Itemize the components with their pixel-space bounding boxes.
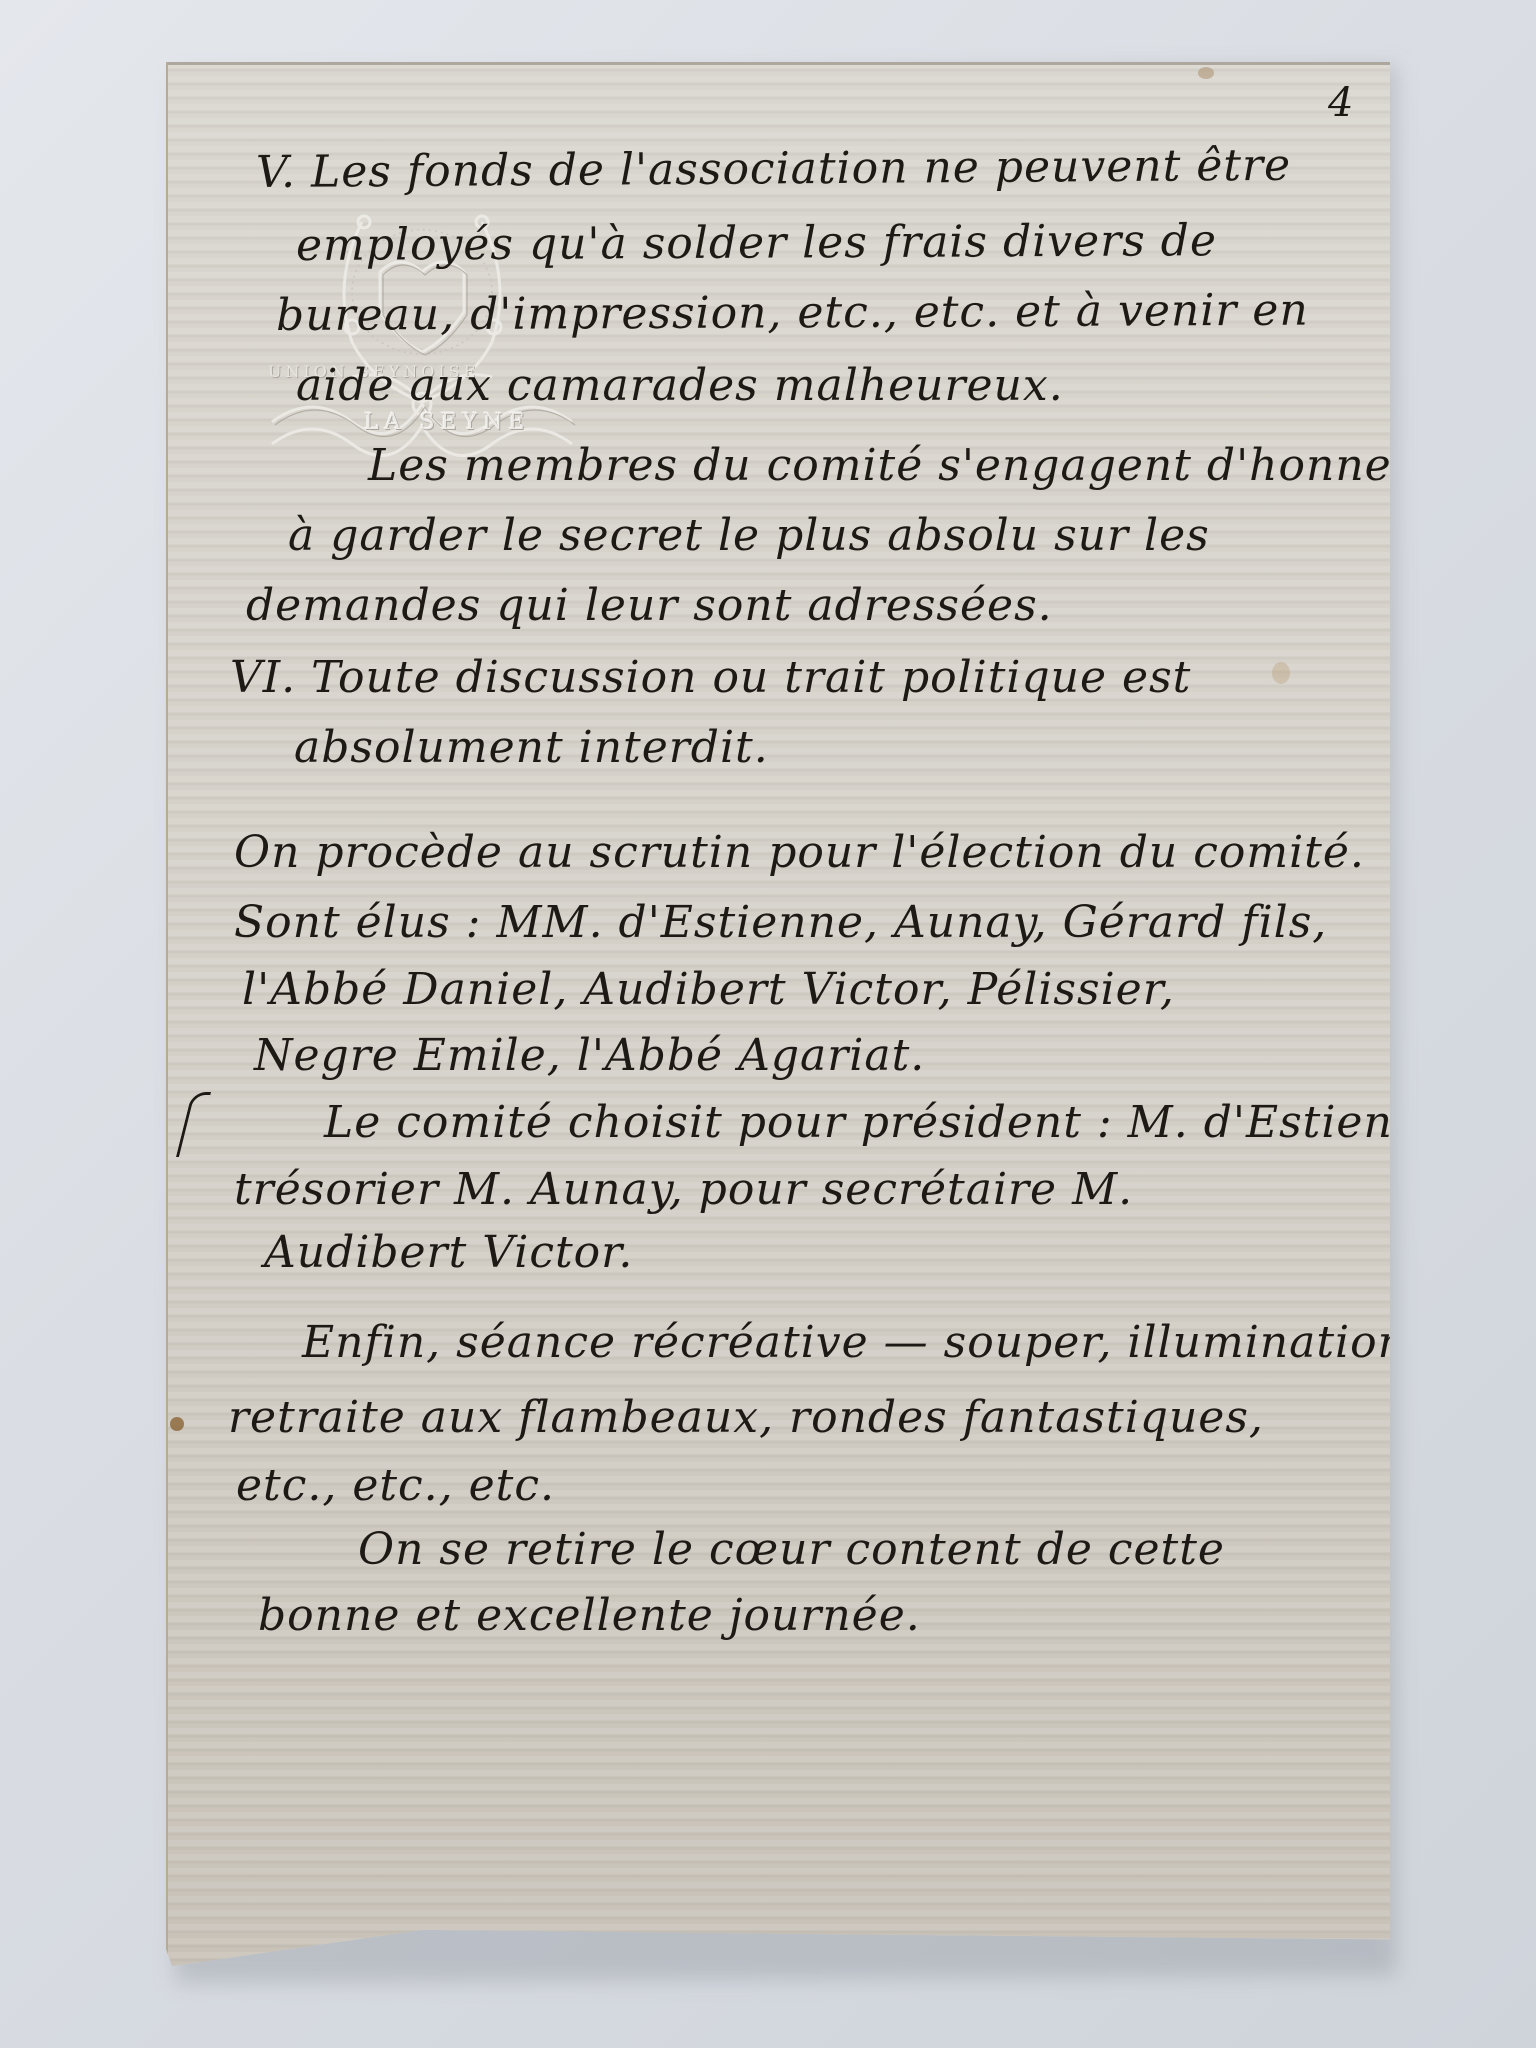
text-line: Enfin, séance récréative — souper, illum… <box>302 1317 1445 1368</box>
text-line: On se retire le cœur content de cette <box>358 1524 1225 1575</box>
text-line: à garder le secret le plus absolu sur le… <box>288 510 1210 561</box>
text-line: Les membres du comité s'engagent d'honne… <box>368 440 1443 491</box>
text-line: l'Abbé Daniel, Audibert Victor, Pélissie… <box>242 964 1175 1015</box>
text-line: Negre Emile, l'Abbé Agariat. <box>254 1030 925 1081</box>
text-line: bonne et excellente journée. <box>258 1590 921 1641</box>
text-line: employés qu'à solder les frais divers de <box>296 215 1217 271</box>
text-line: demandes qui leur sont adressées. <box>246 580 1053 631</box>
text-line: V. Les fonds de l'association ne peuvent… <box>256 140 1291 198</box>
text-line: Le comité choisit pour président : M. d'… <box>324 1097 1464 1148</box>
text-line: On procède au scrutin pour l'élection du… <box>234 827 1365 878</box>
manuscript-page: 4 UNION SEYNOISE LA SEYNE <box>166 62 1390 1968</box>
text-line: absolument interdit. <box>294 722 769 773</box>
text-line: Sont élus : MM. d'Estienne, Aunay, Gérar… <box>234 897 1327 948</box>
text-line: etc., etc., etc. <box>236 1460 555 1511</box>
manuscript-text: V. Les fonds de l'association ne peuvent… <box>168 62 1390 1968</box>
text-line: aide aux camarades malheureux. <box>296 360 1064 411</box>
text-line: trésorier M. Aunay, pour secrétaire M. <box>234 1164 1133 1215</box>
text-line: bureau, d'impression, etc., etc. et à ve… <box>276 285 1309 341</box>
text-line: retraite aux flambeaux, rondes fantastiq… <box>228 1392 1264 1443</box>
text-line: Audibert Victor. <box>264 1227 633 1278</box>
text-line: VI. Toute discussion ou trait politique … <box>230 652 1191 703</box>
